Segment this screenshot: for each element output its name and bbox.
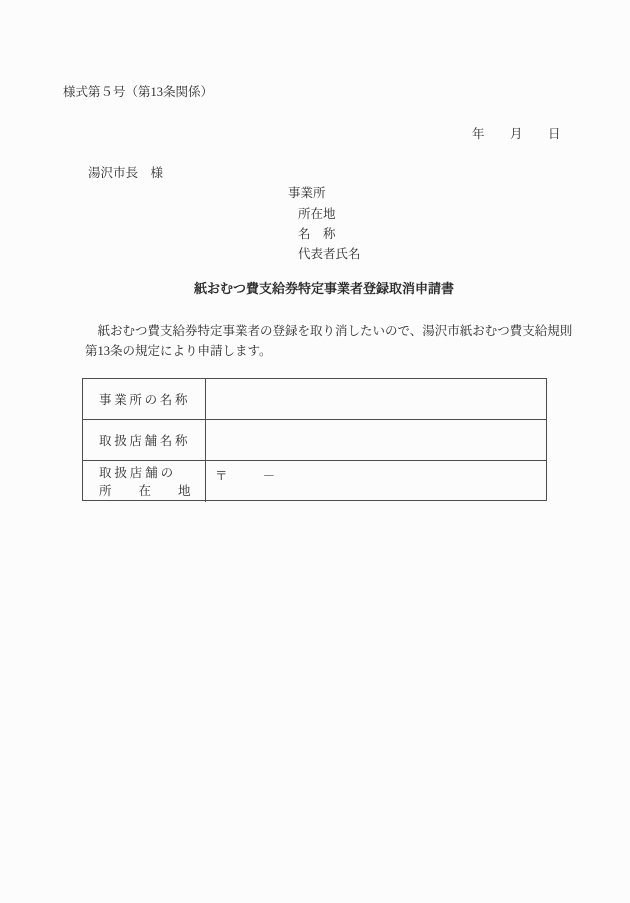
day-label: 日 bbox=[548, 124, 561, 142]
table-row3-label-cell: 取扱店舗の 所在地 bbox=[83, 461, 206, 502]
business-office-name-value-cell bbox=[206, 379, 546, 420]
date-line: 年 月 日 bbox=[0, 124, 630, 140]
office-block-heading: 事業所 bbox=[288, 183, 326, 201]
postal-mark: 〒 bbox=[215, 466, 228, 484]
year-label: 年 bbox=[472, 124, 485, 142]
body-paragraph-line: 紙おむつ費支給券特定事業者の登録を取り消したいので、湯沢市紙おむつ費支給規則 bbox=[85, 321, 572, 341]
document-title: 紙おむつ費支給券特定事業者登録取消申請書 bbox=[194, 278, 454, 297]
table-row2-label-cell: 取扱店舗名称 bbox=[83, 420, 206, 461]
handling-store-address-label-line1: 取扱店舗の bbox=[99, 464, 193, 482]
office-location-label: 所在地 bbox=[298, 204, 336, 222]
application-table: 事業所の名称 取扱店舗名称 取扱店舗の 所在地 〒 － bbox=[82, 378, 547, 501]
postal-code-dash: － bbox=[263, 466, 276, 484]
handling-store-address-label-line2: 所在地 bbox=[99, 482, 193, 500]
office-name-label: 名 称 bbox=[298, 224, 336, 242]
document-page: 様式第５号（第13条関係） 年 月 日 湯沢市長 様 事業所 所在地 名 称 代… bbox=[0, 0, 630, 903]
handling-store-address-label: 取扱店舗の 所在地 bbox=[99, 464, 193, 500]
body-paragraph-line: 第13条の規定により申請します。 bbox=[85, 341, 572, 361]
month-label: 月 bbox=[510, 124, 523, 142]
handling-store-name-label: 取扱店舗名称 bbox=[99, 431, 193, 449]
office-representative-label: 代表者氏名 bbox=[298, 244, 361, 262]
handling-store-name-value-cell bbox=[206, 420, 546, 461]
handling-store-address-value-cell: 〒 － bbox=[206, 461, 546, 502]
business-office-name-label: 事業所の名称 bbox=[99, 390, 193, 408]
form-number: 様式第５号（第13条関係） bbox=[63, 82, 213, 100]
table-row1-label-cell: 事業所の名称 bbox=[83, 379, 206, 420]
addressee: 湯沢市長 様 bbox=[88, 163, 163, 181]
body-paragraph: 紙おむつ費支給券特定事業者の登録を取り消したいので、湯沢市紙おむつ費支給規則 第… bbox=[85, 321, 572, 361]
